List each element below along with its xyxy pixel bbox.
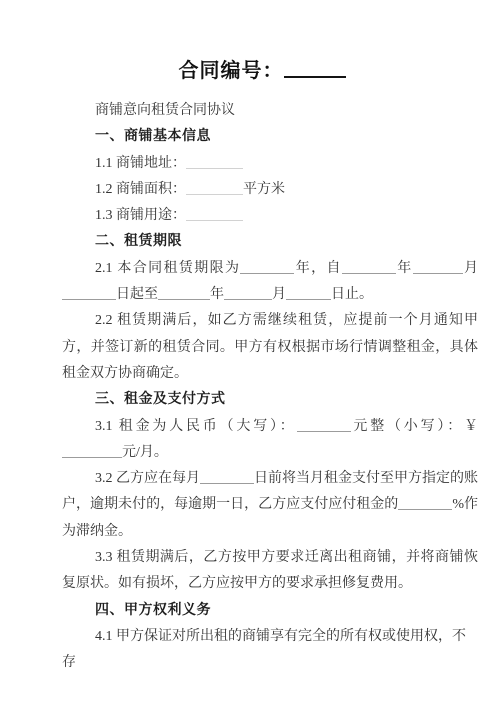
text-run: 元/月。 bbox=[122, 445, 168, 460]
contract-clause-3-3: 3.3 租赁期满后，乙方按甲方要求迁离出租商铺，并将商铺恢复原状。如有损坏，乙方… bbox=[62, 545, 478, 598]
blank-underline bbox=[342, 260, 396, 274]
text-run: 3.1 租金为人民币（大写）： bbox=[95, 419, 297, 434]
blank-underline bbox=[240, 260, 294, 274]
text-run: 2.2 租赁期满后，如乙方需继续租赁，应提前一个月通知甲方，并签订新的租赁合同。… bbox=[62, 313, 478, 381]
text-run: 平方米 bbox=[243, 182, 285, 197]
contract-item-1-3: 1.3 商铺用途： bbox=[62, 203, 478, 229]
contract-item-1-2: 1.2 商铺面积：平方米 bbox=[62, 177, 478, 203]
text-run: 2.1 本合同租赁期限为 bbox=[95, 261, 240, 276]
section-heading-4: 四、甲方权利义务 bbox=[62, 598, 478, 624]
title-blank-underline bbox=[284, 61, 346, 78]
contract-clause-2-2: 2.2 租赁期满后，如乙方需继续租赁，应提前一个月通知甲方，并签订新的租赁合同。… bbox=[62, 308, 478, 387]
text-run: 4.1 甲方保证对所出租的商铺享有完全的所有权或使用权，不存 bbox=[62, 629, 466, 670]
contract-clause-2-1: 2.1 本合同租赁期限为年，自年月日起至年月日止。 bbox=[62, 256, 478, 309]
text-run: 年，自 bbox=[294, 261, 342, 276]
text-run: 3.3 租赁期满后，乙方按甲方要求迁离出租商铺，并将商铺恢复原状。如有损坏，乙方… bbox=[62, 550, 478, 591]
doc-title-label: 合同编号： bbox=[179, 60, 284, 82]
text-run: 1.3 商铺用途： bbox=[95, 208, 186, 223]
document-body: 商铺意向租赁合同协议一、商铺基本信息1.1 商铺地址：1.2 商铺面积：平方米1… bbox=[62, 98, 478, 677]
contract-page: 合同编号： 商铺意向租赁合同协议一、商铺基本信息1.1 商铺地址：1.2 商铺面… bbox=[0, 0, 500, 707]
text-run: 年 bbox=[396, 261, 413, 276]
doc-subtitle: 商铺意向租赁合同协议 bbox=[62, 98, 478, 124]
blank-underline bbox=[186, 207, 243, 221]
contract-clause-3-2: 3.2 乙方应在每月日前将当月租金支付至甲方指定的账户，逾期未付的，每逾期一日，… bbox=[62, 466, 478, 545]
doc-title: 合同编号： bbox=[54, 56, 470, 86]
blank-underline bbox=[413, 260, 463, 274]
blank-underline bbox=[186, 181, 243, 195]
text-run: 日止。 bbox=[331, 287, 373, 302]
text-run: 日起至 bbox=[116, 287, 158, 302]
blank-underline bbox=[158, 286, 210, 300]
contract-clause-3-1: 3.1 租金为人民币（大写）：元整（小写）：￥元/月。 bbox=[62, 414, 478, 467]
blank-underline bbox=[224, 286, 272, 300]
text-run: 元整（小写）：￥ bbox=[351, 419, 478, 434]
section-heading-3: 三、租金及支付方式 bbox=[62, 387, 478, 413]
blank-underline bbox=[286, 286, 331, 300]
contract-clause-4-1: 4.1 甲方保证对所出租的商铺享有完全的所有权或使用权，不存 bbox=[62, 624, 478, 677]
section-heading-1: 一、商铺基本信息 bbox=[62, 124, 478, 150]
blank-underline bbox=[200, 470, 254, 484]
blank-underline bbox=[62, 444, 122, 458]
blank-underline bbox=[398, 496, 452, 510]
contract-item-1-1: 1.1 商铺地址： bbox=[62, 151, 478, 177]
text-run: 1.2 商铺面积： bbox=[95, 182, 186, 197]
text-run: 3.2 乙方应在每月 bbox=[95, 471, 200, 486]
text-run: 一、商铺基本信息 bbox=[95, 129, 211, 144]
text-run: 月 bbox=[463, 261, 478, 276]
text-run: 二、租赁期限 bbox=[95, 234, 182, 249]
text-run: 1.1 商铺地址： bbox=[95, 156, 186, 171]
text-run: 三、租金及支付方式 bbox=[95, 392, 226, 407]
text-run: 商铺意向租赁合同协议 bbox=[95, 103, 235, 118]
text-run: 年 bbox=[210, 287, 224, 302]
blank-underline bbox=[62, 286, 116, 300]
blank-underline bbox=[297, 418, 351, 432]
text-run: 月 bbox=[272, 287, 286, 302]
blank-underline bbox=[186, 155, 243, 169]
section-heading-2: 二、租赁期限 bbox=[62, 229, 478, 255]
text-run: 四、甲方权利义务 bbox=[95, 603, 211, 618]
